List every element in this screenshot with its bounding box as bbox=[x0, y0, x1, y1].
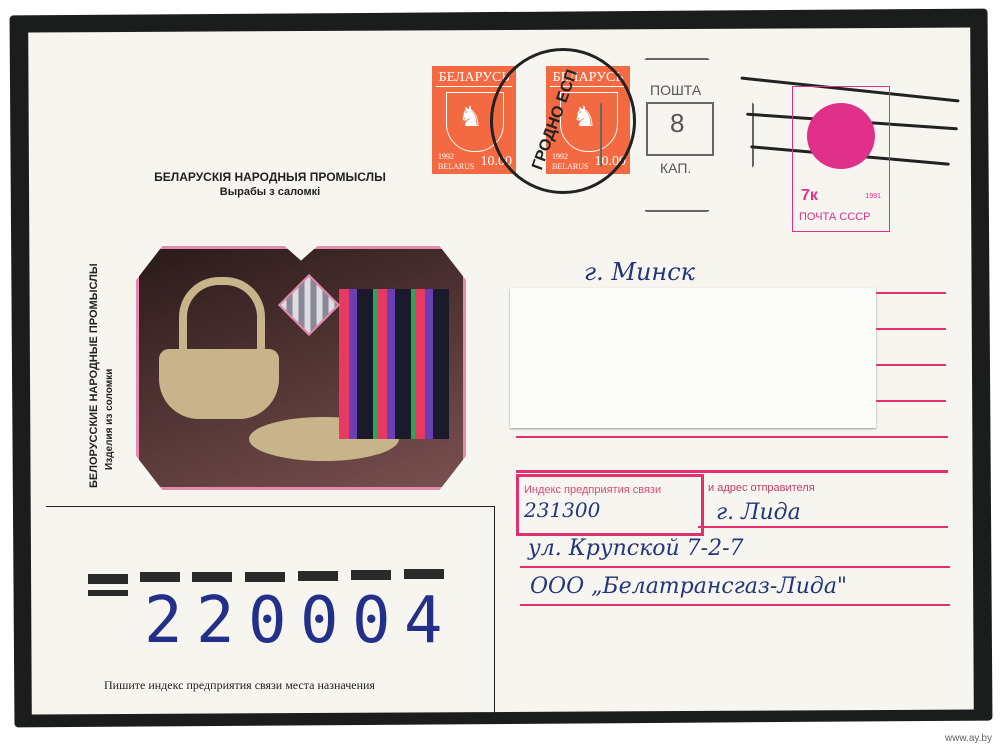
indicium-value: 7к bbox=[801, 187, 818, 205]
zip-digit: 0 bbox=[248, 584, 287, 658]
zip-digit: 2 bbox=[144, 584, 183, 658]
zip-guide-bar bbox=[192, 572, 232, 582]
recipient-city: г. Минск bbox=[584, 258, 695, 286]
zip-digit: 0 bbox=[352, 584, 391, 658]
striped-cloth bbox=[339, 289, 449, 439]
indicium-year: 1991 bbox=[865, 193, 881, 200]
zip-guide-bar bbox=[298, 571, 338, 581]
address-line bbox=[698, 526, 948, 528]
postmark-number: 8 bbox=[670, 108, 684, 139]
postmark-top: ПОШТА bbox=[650, 82, 701, 98]
sender-city: г. Лида bbox=[716, 500, 801, 525]
illustration-subtitle: Вырабы з саломкі bbox=[150, 186, 390, 198]
zip-digit: 0 bbox=[300, 584, 339, 658]
printed-indicium: 7к 1991 ПОЧТА СССР bbox=[792, 86, 890, 232]
postmark-bottom: КАП. bbox=[660, 160, 691, 176]
sender-street: ул. Крупской 7-2-7 bbox=[528, 536, 744, 561]
sender-index-label: Индекс предприятия связи bbox=[524, 484, 661, 496]
zip-guide-bar bbox=[245, 572, 285, 582]
zip-guide-bar bbox=[88, 574, 128, 584]
diamond-ornament bbox=[278, 274, 340, 336]
zip-caption: Пишите индекс предприятия связи места на… bbox=[104, 678, 375, 693]
sender-address-label: и адрес отправителя bbox=[708, 482, 815, 494]
globe-icon bbox=[807, 103, 875, 169]
sender-index: 231300 bbox=[524, 498, 600, 522]
illustration-title: БЕЛАРУСКІЯ НАРОДНЫЯ ПРОМЫСЛЫ bbox=[150, 170, 390, 184]
address-line bbox=[516, 436, 948, 438]
zip-guide-bar bbox=[88, 590, 128, 596]
knight-icon: ♞ bbox=[458, 100, 483, 133]
address-line bbox=[516, 470, 948, 473]
redaction-paper bbox=[510, 288, 876, 428]
address-line bbox=[520, 604, 950, 606]
watermark: www.ay.by bbox=[945, 733, 992, 744]
stamp-country-latin: BELARUS bbox=[438, 162, 474, 171]
zip-digit: 2 bbox=[196, 584, 235, 658]
stamp-year: 1992 bbox=[438, 152, 454, 161]
sender-organization: ООО „Белатрансгаз-Лида" bbox=[530, 574, 847, 599]
zip-guide-bar bbox=[140, 572, 180, 582]
zip-guide-bar bbox=[351, 570, 391, 580]
vertical-title: БЕЛОРУССКИЕ НАРОДНЫЕ ПРОМЫСЛЫ bbox=[88, 263, 100, 488]
zip-guide-bar bbox=[404, 569, 444, 579]
vertical-subtitle: Изделия из соломки bbox=[104, 369, 115, 470]
straw-crafts-illustration bbox=[136, 246, 466, 490]
indicium-post: ПОЧТА СССР bbox=[799, 211, 870, 223]
basket bbox=[159, 349, 279, 419]
postmark-text: ГРОДНО ЕСП bbox=[529, 67, 582, 172]
zip-digit: 4 bbox=[404, 584, 443, 658]
address-line bbox=[520, 566, 950, 568]
